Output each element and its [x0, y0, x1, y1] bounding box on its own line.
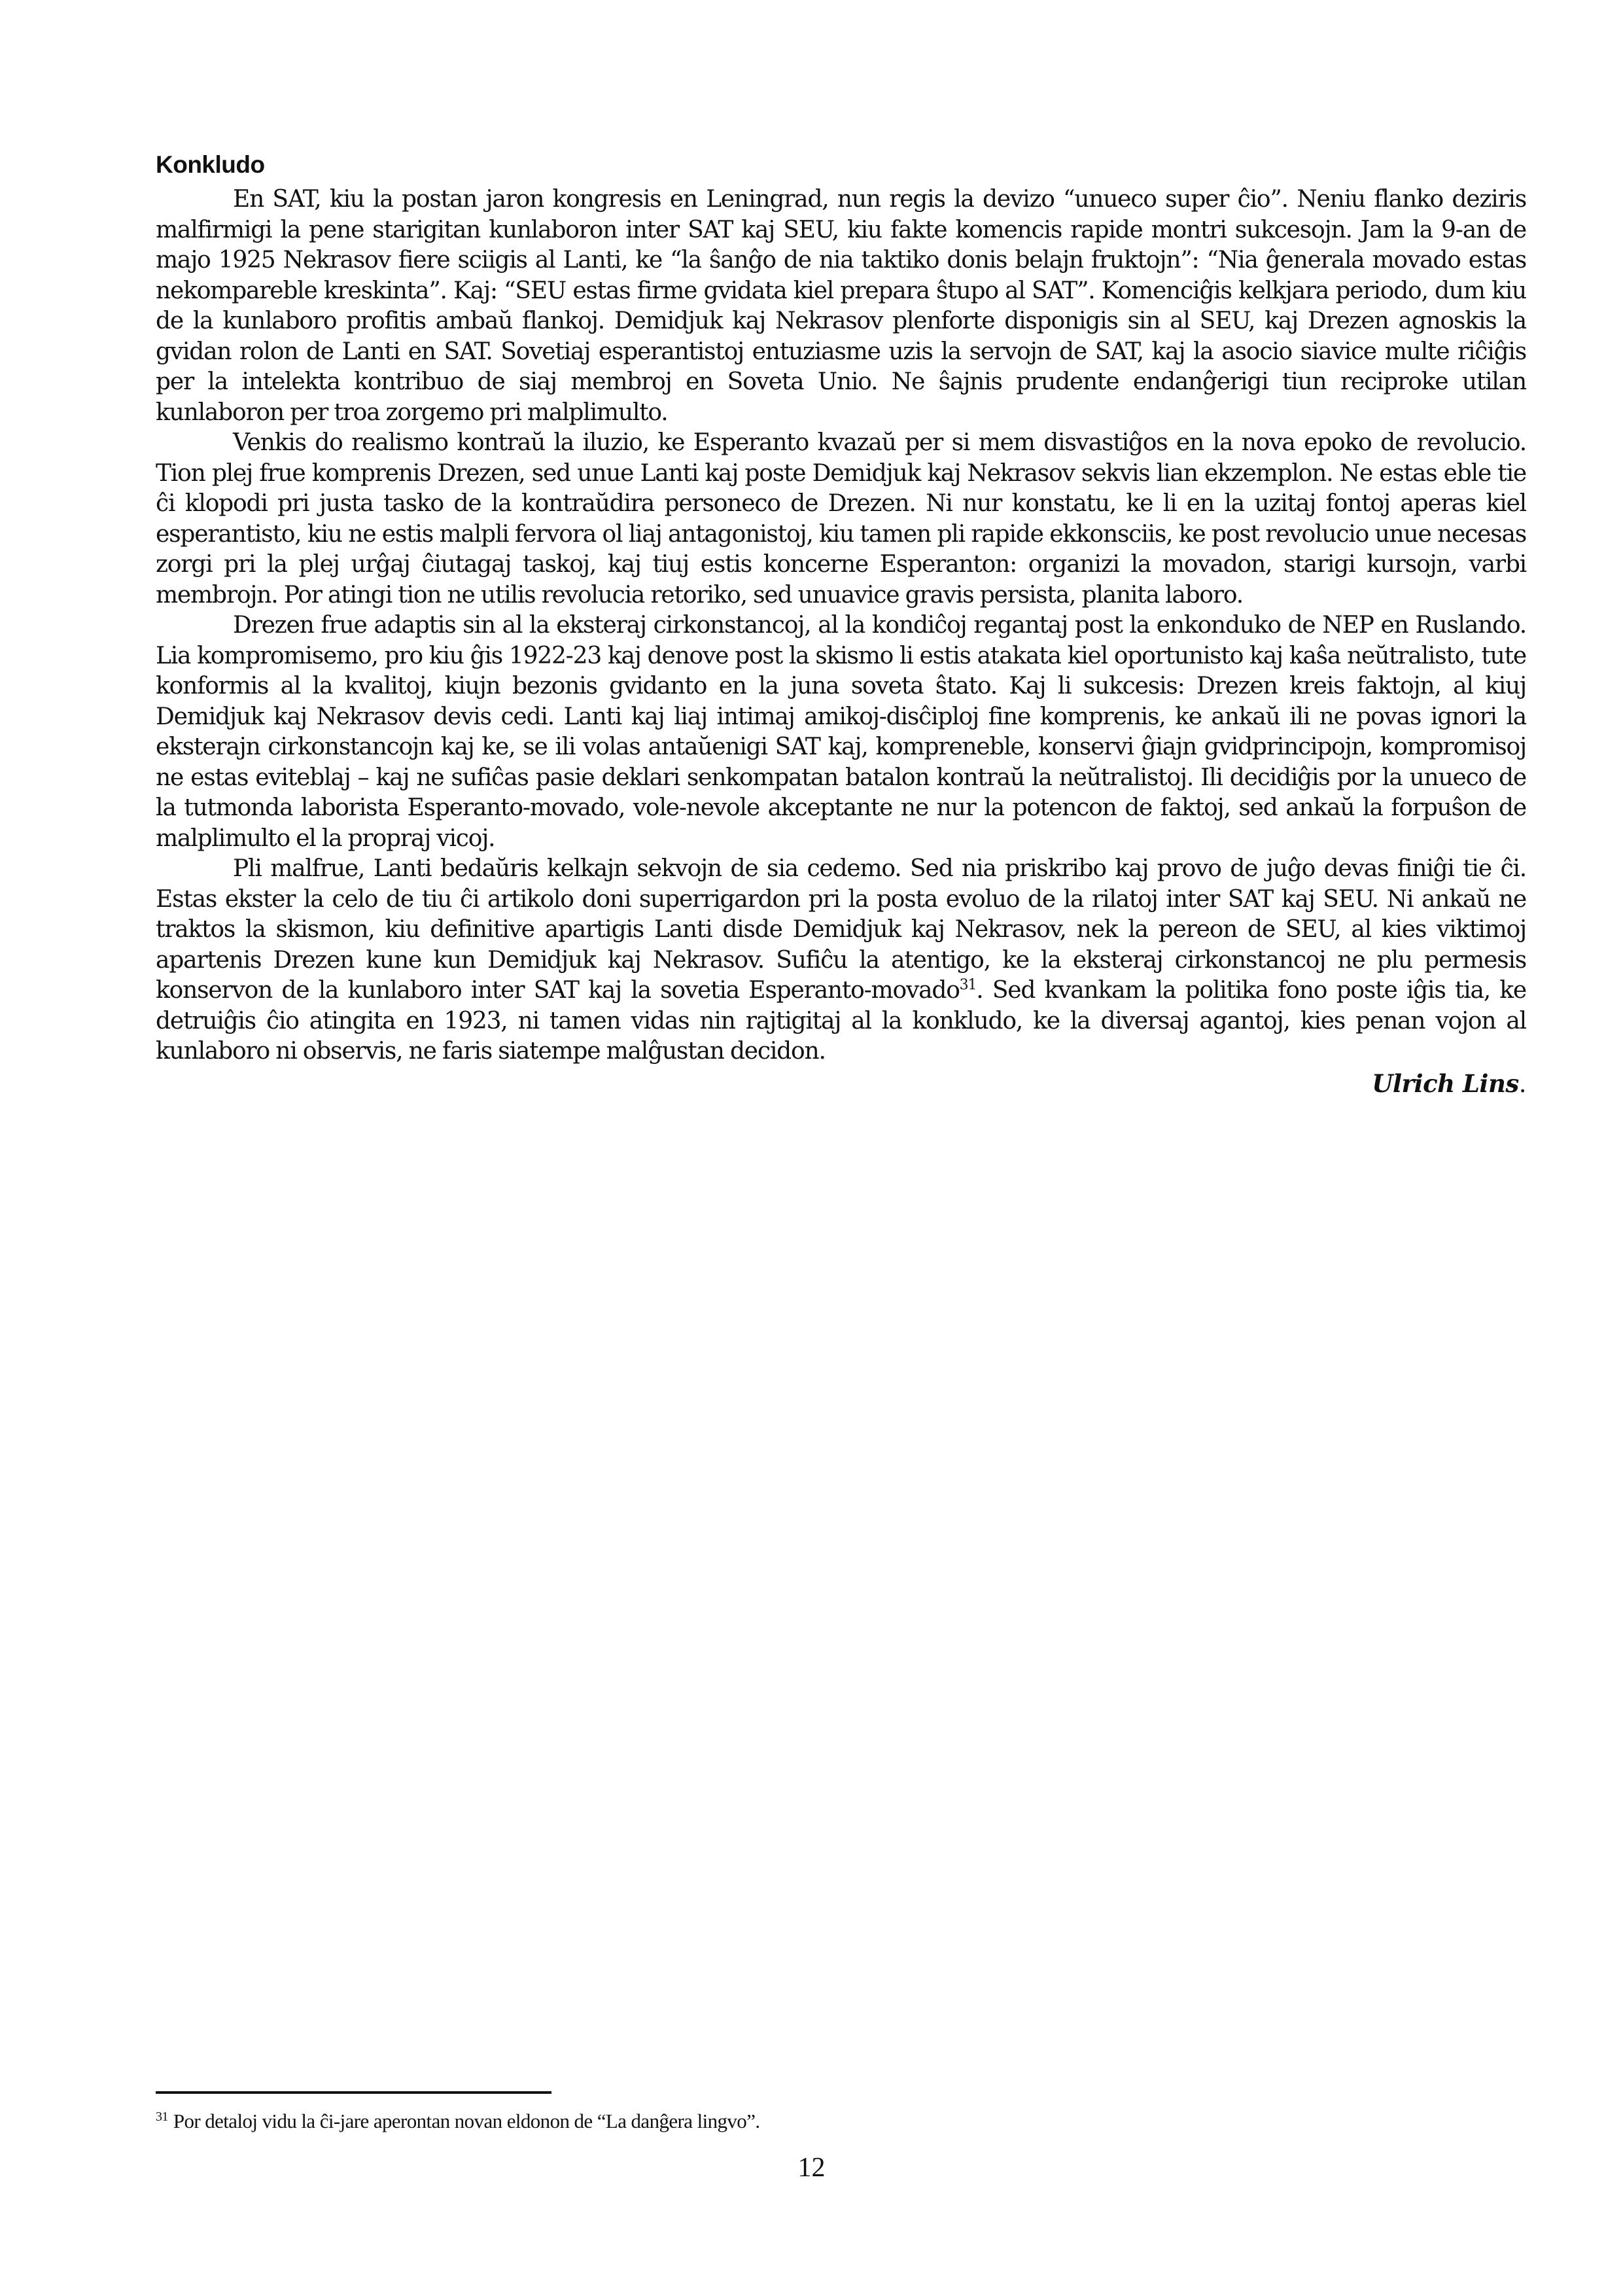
author-signature: Ulrich Lins. [156, 1067, 1526, 1101]
paragraph-2: Venkis do realismo kontraŭ la iluzio, ke… [156, 428, 1526, 610]
footnote-number: 31 [156, 2110, 168, 2124]
footnote-text: Por detaloj vidu la ĉi-jare aperontan no… [173, 2110, 760, 2132]
footnote-separator [156, 2091, 551, 2094]
signature-period: . [1519, 1070, 1526, 1098]
author-name: Ulrich Lins [1372, 1069, 1519, 1098]
footnote-31: 31Por detaloj vidu la ĉi-jare aperontan … [156, 2108, 760, 2134]
footnote-reference-31[interactable]: 31 [960, 977, 977, 993]
paragraph-3: Drezen frue adaptis sin al la eksteraj c… [156, 610, 1526, 854]
page-number: 12 [0, 2151, 1623, 2184]
section-heading: Konkludo [156, 149, 1526, 181]
paragraph-1: En SAT, kiu la postan jaron kongresis en… [156, 185, 1526, 428]
page-content: Konkludo En SAT, kiu la postan jaron kon… [156, 149, 1526, 1101]
paragraph-4: Pli malfrue, Lanti bedaŭris kelkajn sekv… [156, 854, 1526, 1067]
